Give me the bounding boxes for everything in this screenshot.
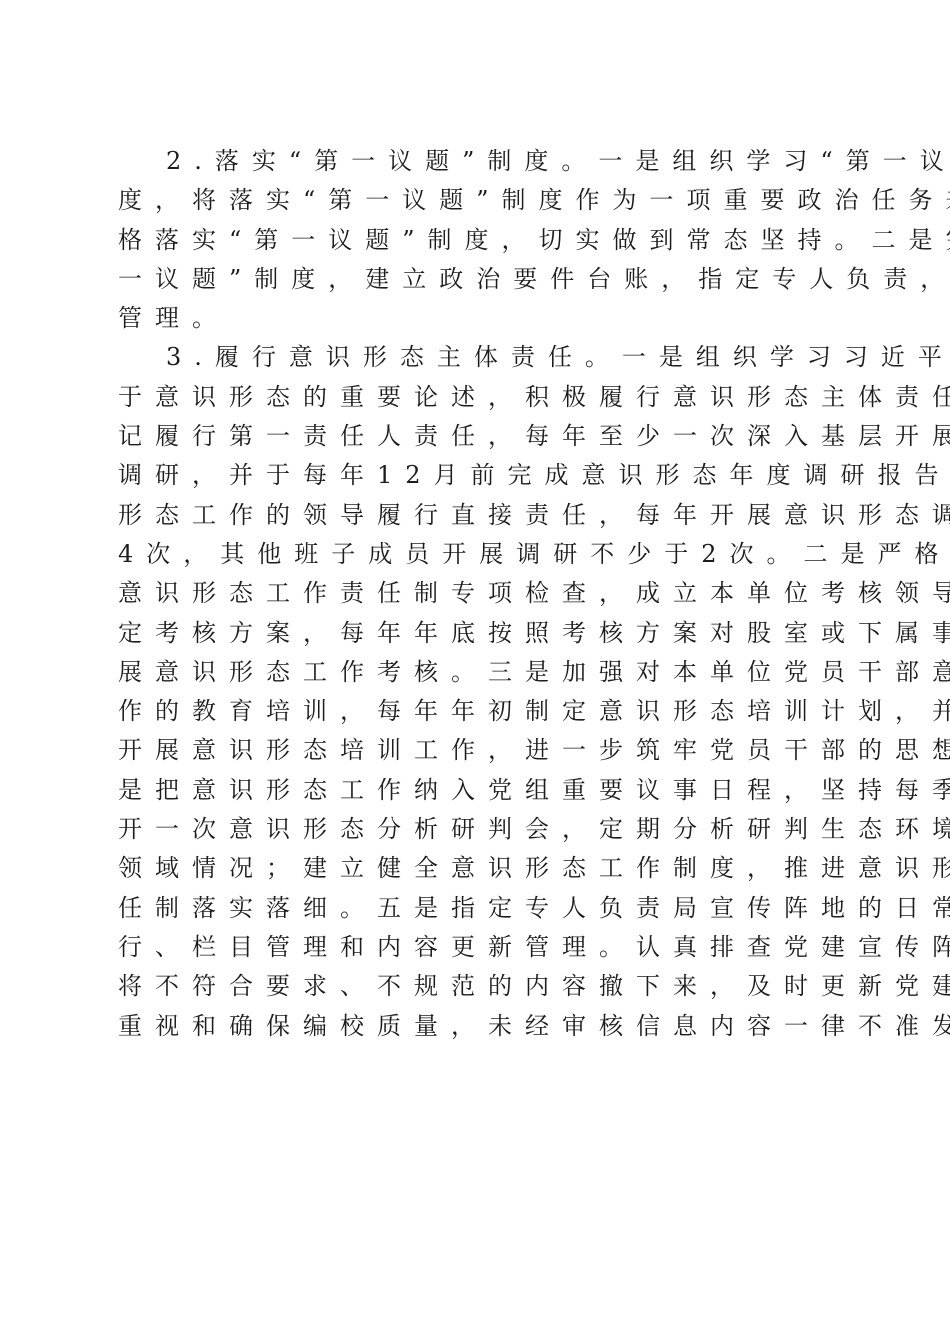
document-page: 2.落实“第一议题”制度。一是组织学习“第一议题”制 度，将落实“第一议题”制度… — [0, 0, 950, 1344]
paragraph-line: 3.履行意识形态主体责任。一是组织学习习近平总书记关 — [118, 338, 838, 377]
paragraph-line: 定考核方案，每年年底按照考核方案对股室或下属事业单位开 — [118, 614, 838, 653]
paragraph-line: 行、栏目管理和内容更新管理。认真排查党建宣传阵地内容， — [118, 928, 838, 967]
paragraph-line: 重视和确保编校质量，未经审核信息内容一律不准发布。 — [118, 1007, 838, 1046]
paragraph-line: 一议题”制度，建立政治要件台账，指定专人负责，落实闭环 — [118, 260, 838, 299]
paragraph-line: 任制落实落细。五是指定专人负责局宣传阵地的日常维护、运 — [118, 889, 838, 928]
paragraph-line: 领域情况；建立健全意识形态工作制度，推进意识形态工作责 — [118, 849, 838, 888]
paragraph-line: 开展意识形态培训工作，进一步筑牢党员干部的思想根基。四 — [118, 731, 838, 770]
paragraph-line: 将不符合要求、不规范的内容撤下来，及时更新党建宣传内容； — [118, 967, 838, 1006]
paragraph-line: 是把意识形态工作纳入党组重要议事日程，坚持每季度至少召 — [118, 771, 838, 810]
paragraph-line: 于意识形态的重要论述，积极履行意识形态主体责任，党组书 — [118, 378, 838, 417]
paragraph-line: 管理。 — [118, 299, 838, 338]
paragraph-line: 格落实“第一议题”制度，切实做到常态坚持。二是完善“第 — [118, 221, 838, 260]
paragraph-line: 作的教育培训，每年年初制定意识形态培训计划，并按照计划 — [118, 692, 838, 731]
paragraph-line: 意识形态工作责任制专项检查，成立本单位考核领导小组，制 — [118, 574, 838, 613]
paragraph-line: 调研，并于每年12月前完成意识形态年度调研报告；分管意识 — [118, 456, 838, 495]
paragraph-line: 形态工作的领导履行直接责任，每年开展意识形态调研不少于 — [118, 496, 838, 535]
paragraph-line: 展意识形态工作考核。三是加强对本单位党员干部意识形态工 — [118, 653, 838, 692]
paragraph-line: 记履行第一责任人责任，每年至少一次深入基层开展意识形态 — [118, 417, 838, 456]
paragraph-item-2: 2.落实“第一议题”制度。一是组织学习“第一议题”制 度，将落实“第一议题”制度… — [118, 142, 838, 338]
paragraph-line: 2.落实“第一议题”制度。一是组织学习“第一议题”制 — [118, 142, 838, 181]
paragraph-line: 4次，其他班子成员开展调研不少于2次。二是严格按要求开展 — [118, 535, 838, 574]
paragraph-line: 度，将落实“第一议题”制度作为一项重要政治任务来抓，严 — [118, 181, 838, 220]
document-body: 2.落实“第一议题”制度。一是组织学习“第一议题”制 度，将落实“第一议题”制度… — [118, 142, 838, 1046]
paragraph-line: 开一次意识形态分析研判会，定期分析研判生态环境意识形态 — [118, 810, 838, 849]
paragraph-item-3: 3.履行意识形态主体责任。一是组织学习习近平总书记关 于意识形态的重要论述，积极… — [118, 338, 838, 1045]
